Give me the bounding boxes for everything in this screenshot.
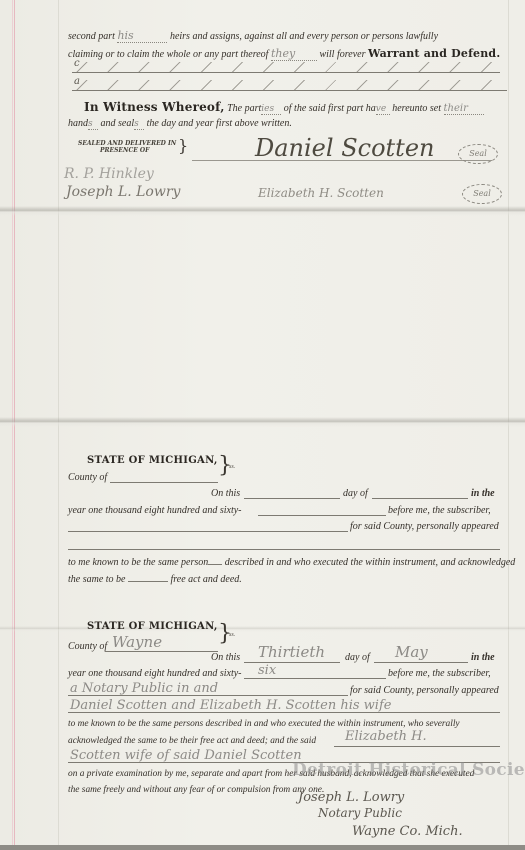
state-heading-filled: STATE OF MICHIGAN, xyxy=(87,621,218,632)
county-blank xyxy=(110,482,218,483)
witness-text: hereunto set xyxy=(392,103,441,114)
officer-blank xyxy=(68,531,348,532)
handwritten-pronoun-his: his xyxy=(117,29,167,43)
deed-text: will forever xyxy=(319,49,365,60)
document-page: second part his heirs and assigns, again… xyxy=(0,0,525,850)
paper-fold xyxy=(0,206,525,216)
deed-line-1: second part his heirs and assigns, again… xyxy=(68,29,438,43)
state-heading-blank: STATE OF MICHIGAN, xyxy=(87,455,218,466)
fill-their: their xyxy=(444,103,484,115)
filler-mark: c xyxy=(74,58,80,69)
witness-signature-lowry: Joseph L. Lowry xyxy=(66,184,180,200)
ack-text: to me known to be the same person xyxy=(68,557,208,568)
for-county-label: for said County, personally appeared xyxy=(350,521,499,532)
notary-signature-name: Joseph L. Lowry xyxy=(298,790,404,805)
month-line xyxy=(374,662,468,663)
sealed-label-line: PRESENCE OF xyxy=(78,147,176,154)
witness-text: of the said first part ha xyxy=(284,103,376,114)
sealed-label-line: SEALED AND DELIVERED IN xyxy=(78,140,176,147)
day-of-label: day of xyxy=(343,488,368,499)
freely-line: the same freely and without any fear of … xyxy=(68,785,324,795)
wife-value-1: Elizabeth H. xyxy=(345,729,427,744)
blank xyxy=(128,581,168,582)
fill-ve: ve xyxy=(376,104,390,115)
sealed-delivered-label: SEALED AND DELIVERED IN PRESENCE OF xyxy=(78,140,176,154)
witness-line-2: hands and seals the day and year first a… xyxy=(68,118,292,130)
notary-signature-county: Wayne Co. Mich. xyxy=(352,824,463,839)
year-label: year one thousand eight hundred and sixt… xyxy=(68,668,242,679)
filler-mark: a xyxy=(74,76,80,87)
month-value: May xyxy=(395,643,428,661)
fill-s: s xyxy=(88,119,98,130)
officer-value: a Notary Public in and xyxy=(70,681,218,696)
seal-1: Seal xyxy=(458,144,498,164)
year-blank xyxy=(258,515,386,516)
witness-text: the day and year first above written. xyxy=(147,118,292,129)
signature-elizabeth-scotten: Elizabeth H. Scotten xyxy=(258,186,384,200)
notary-signature-title: Notary Public xyxy=(318,806,402,820)
witness-line-1: In Witness Whereof, The parties of the s… xyxy=(84,100,484,115)
paper-fold xyxy=(0,626,525,632)
county-label: County of xyxy=(68,472,107,483)
fill-s: s xyxy=(134,119,144,130)
in-the-label: in the xyxy=(471,652,495,663)
witness-signature-hinkley: R. P. Hinkley xyxy=(64,166,154,182)
signature-daniel-scotten: Daniel Scotten xyxy=(255,134,434,162)
brace: } xyxy=(178,138,188,154)
seal-2: Seal xyxy=(462,184,502,204)
deed-text: second part xyxy=(68,31,115,42)
handwritten-pronoun-they: they xyxy=(271,47,317,61)
year-value: six xyxy=(258,663,276,678)
blank xyxy=(208,564,222,565)
ss-mark: ss. xyxy=(229,464,235,470)
warrant-and-defend: Warrant and Defend. xyxy=(368,47,500,60)
deed-text: heirs and assigns, against all and every… xyxy=(170,31,438,42)
filler-flourish-line xyxy=(72,62,500,73)
day-of-label: day of xyxy=(345,652,370,663)
county-line xyxy=(105,651,218,652)
ack-line: acknowledged the same to be their free a… xyxy=(68,736,316,746)
ack-text: the same to be xyxy=(68,574,126,585)
ack-text: free act and deed. xyxy=(171,574,242,585)
filler-flourish-line xyxy=(72,80,507,91)
parties-value: Daniel Scotten and Elizabeth H. Scotten … xyxy=(70,698,391,713)
day-blank xyxy=(244,498,340,499)
witness-text: hand xyxy=(68,118,88,129)
on-this-label: On this xyxy=(211,652,240,663)
on-this-label: On this xyxy=(211,488,240,499)
free-act-line: the same to be free act and deed. xyxy=(68,574,242,585)
witness-text: and seal xyxy=(101,118,135,129)
deed-line-2: claiming or to claim the whole or any pa… xyxy=(68,47,500,61)
paper-fold xyxy=(0,417,525,427)
page-bottom-edge xyxy=(0,845,525,850)
fill-ies: ies xyxy=(261,104,281,115)
known-line: to me known to be the same persons descr… xyxy=(68,719,460,729)
wife-value-2: Scotten wife of said Daniel Scotten xyxy=(70,748,302,763)
witness-heading: In Witness Whereof, xyxy=(84,100,225,114)
ack-text: described in and who executed the within… xyxy=(225,557,516,568)
before-me-label: before me, the subscriber, xyxy=(388,668,491,679)
in-the-label: in the xyxy=(471,488,495,499)
witness-text: The part xyxy=(227,103,261,114)
year-line xyxy=(244,678,386,679)
known-line: to me known to be the same person descri… xyxy=(68,557,515,568)
year-label: year one thousand eight hundred and sixt… xyxy=(68,505,242,516)
deed-text: claiming or to claim the whole or any pa… xyxy=(68,49,268,60)
day-value: Thirtieth xyxy=(258,643,325,661)
month-blank xyxy=(372,498,468,499)
county-value: Wayne xyxy=(112,633,162,651)
persons-blank xyxy=(68,549,500,550)
watermark: Detroit Historical Society xyxy=(292,760,525,780)
for-county-label: for said County, personally appeared xyxy=(350,685,499,696)
ss-mark: ss. xyxy=(229,632,235,638)
county-label: County of xyxy=(68,641,107,652)
wife-line-1 xyxy=(334,746,500,747)
before-me-label: before me, the subscriber, xyxy=(388,505,491,516)
